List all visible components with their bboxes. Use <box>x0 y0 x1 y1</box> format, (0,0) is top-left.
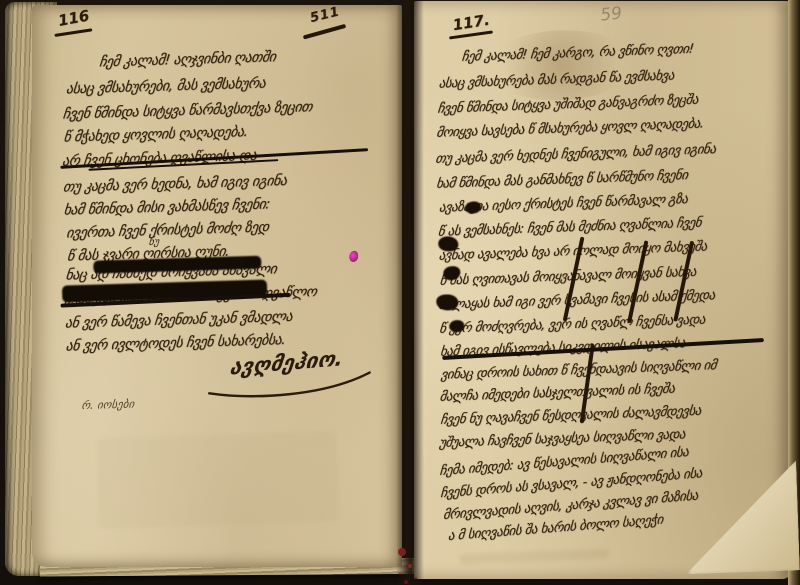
right-page <box>414 1 792 579</box>
red-edge-speckles <box>398 548 406 556</box>
manuscript-photo: 116 511 ჩემ კალამ! აღჯვინბი ღათში ასაც ვ… <box>0 0 800 585</box>
right-page-edge <box>788 0 800 585</box>
book-spine-shadow <box>396 0 424 585</box>
left-page <box>32 5 402 567</box>
